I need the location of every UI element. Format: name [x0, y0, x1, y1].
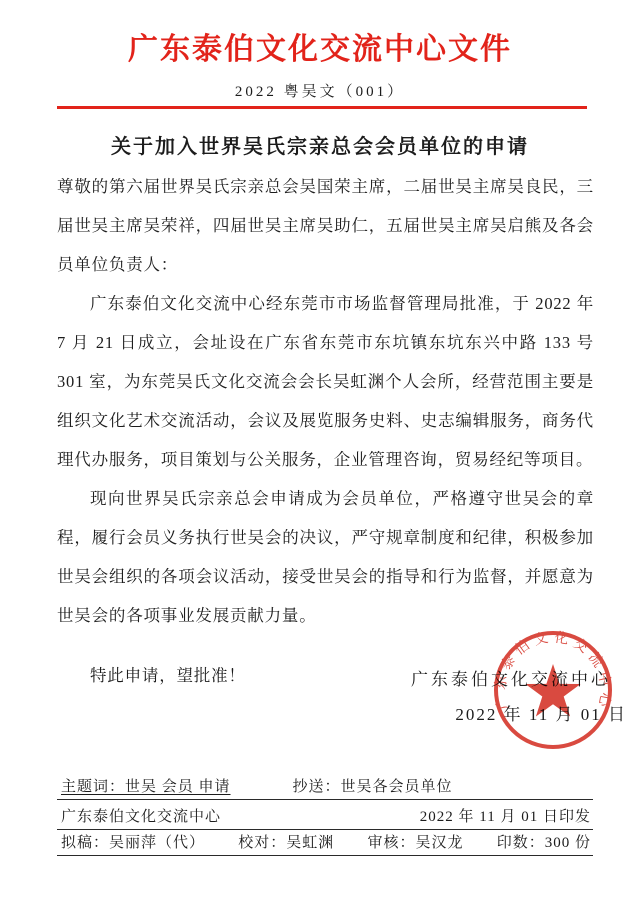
cc-value: 世吴各会员单位: [341, 779, 453, 795]
official-document-page: 广东泰伯文化交流中心文件 2022 粤吴文（001） 关于加入世界吴氏宗亲总会会…: [0, 0, 640, 906]
reviewer-field: 审核：吴汉龙: [367, 831, 463, 852]
paragraph-application: 现向世界吴氏宗亲总会申请成为会员单位，严格遵守世吴会的章程，履行会员义务执行世吴…: [57, 479, 594, 635]
signature-date: 2022 年 11 月 01 日: [455, 700, 627, 725]
issuer-name: 广东泰伯文化交流中心: [61, 805, 221, 826]
letterhead-title: 广东泰伯文化交流中心文件: [0, 24, 640, 68]
credits-row: 拟稿：吴丽萍（代） 校对：吴虹渊 审核：吴汉龙 印数：300 份: [57, 830, 593, 856]
cc-label: 抄送：: [293, 779, 341, 795]
subject-keywords: 主题词：世吴 会员 申请: [61, 775, 231, 796]
document-title: 关于加入世界吴氏宗亲总会会员单位的申请: [0, 130, 640, 159]
footer-block: 主题词：世吴 会员 申请 抄送：世吴各会员单位 广东泰伯文化交流中心 2022 …: [57, 777, 593, 856]
copies-field: 印数：300 份: [497, 831, 591, 852]
document-number: 2022 粤吴文（001）: [0, 80, 640, 101]
drafter-field: 拟稿：吴丽萍（代）: [61, 831, 205, 852]
paragraph-establishment: 广东泰伯文化交流中心经东莞市市场监督管理局批准，于 2022 年 7 月 21 …: [57, 284, 594, 479]
document-body: 尊敬的第六届世界吴氏宗亲总会吴国荣主席，二届世吴主席吴良民，三届世吴主席吴荣祥，…: [57, 167, 594, 695]
signature-organization: 广东泰伯文化交流中心: [411, 665, 611, 690]
subject-row: 主题词：世吴 会员 申请 抄送：世吴各会员单位: [57, 777, 593, 800]
salutation: 尊敬的第六届世界吴氏宗亲总会吴国荣主席，二届世吴主席吴良民，三届世吴主席吴荣祥，…: [57, 167, 594, 284]
cc-field: 抄送：世吴各会员单位: [293, 775, 453, 796]
red-separator-rule: [57, 106, 587, 109]
issuer-row: 广东泰伯文化交流中心 2022 年 11 月 01 日印发: [57, 800, 593, 830]
proofreader-field: 校对：吴虹渊: [238, 831, 334, 852]
issue-date: 2022 年 11 月 01 日印发: [420, 805, 591, 826]
